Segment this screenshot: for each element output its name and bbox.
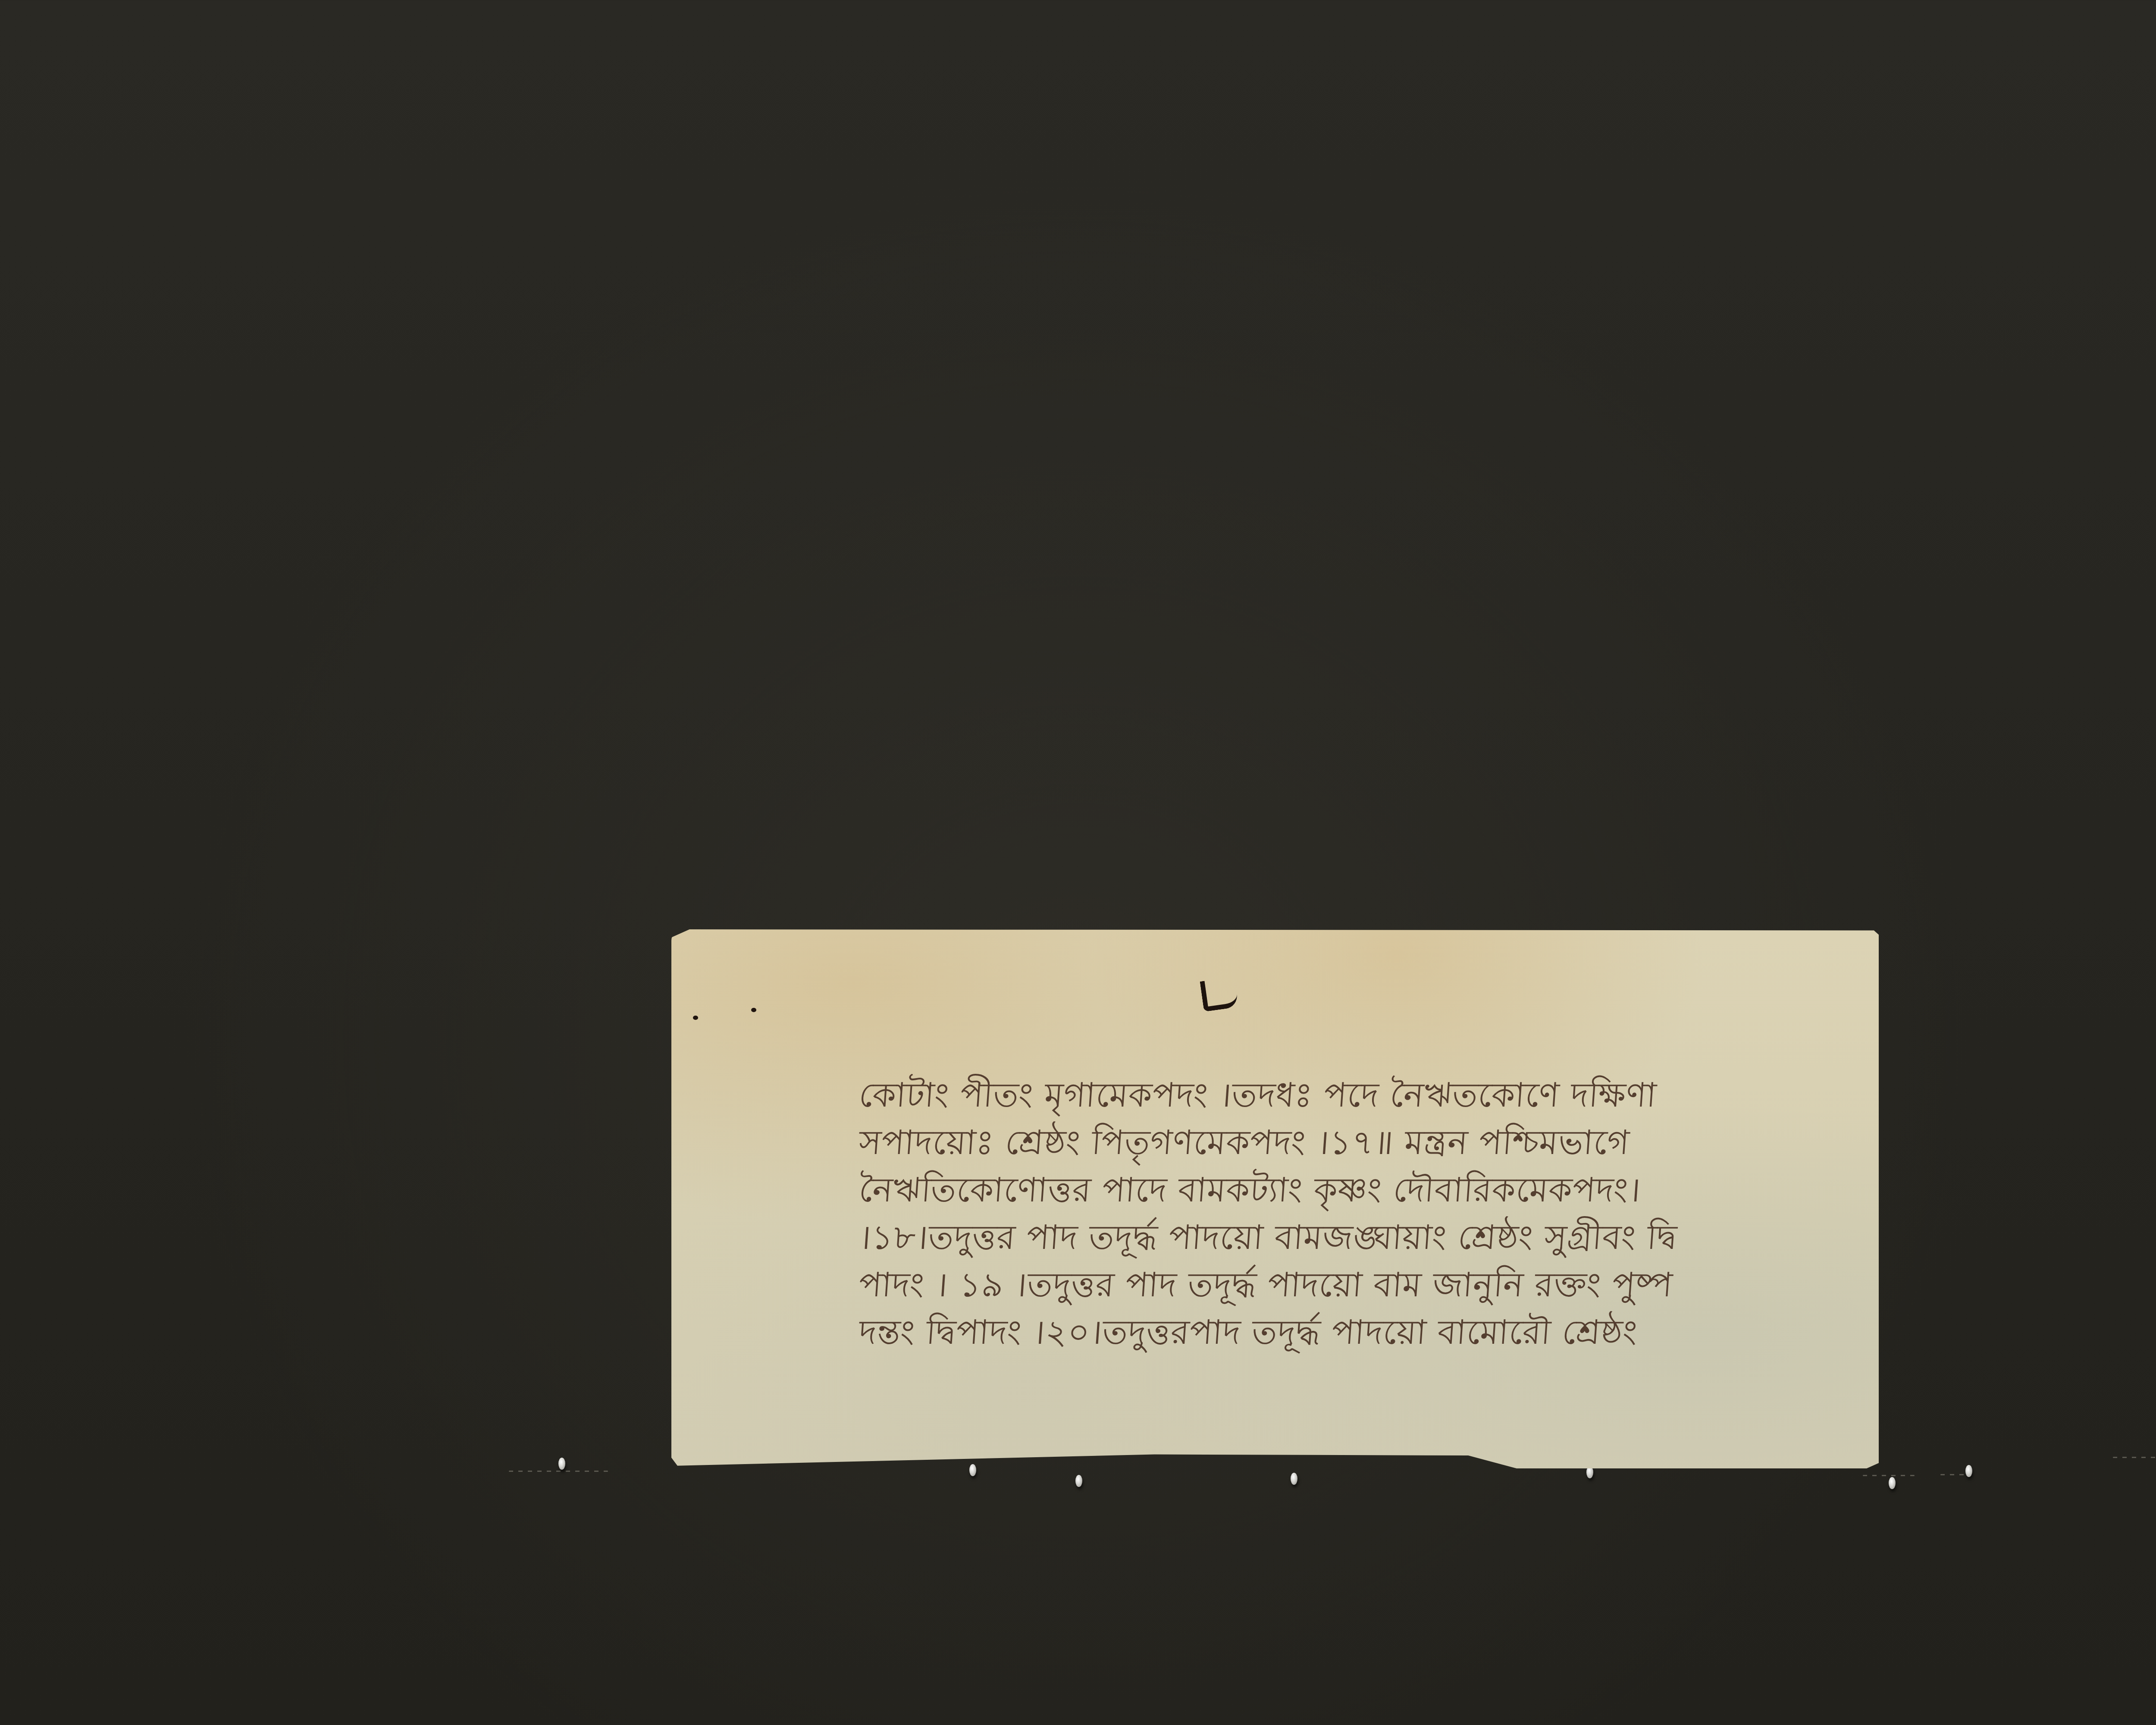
mounting-pin xyxy=(1889,1477,1896,1489)
mounting-pin xyxy=(1965,1465,1972,1477)
manuscript-line: পাদং । ১৯ ।তদুত্তর পাদ তদূৰ্দ্ধ পাদয়ো ব… xyxy=(857,1261,1745,1309)
board-scratch-right-2 xyxy=(1940,1474,1966,1475)
mounting-pin xyxy=(969,1464,976,1476)
mounting-pin xyxy=(558,1458,565,1470)
board-scratch-right-1 xyxy=(1863,1475,1915,1476)
manuscript-line: কোটাং পীতং মৃগামেকপদং ।তদধঃ পদে নৈঋতকোণে… xyxy=(857,1072,1745,1119)
board-scratch-left xyxy=(509,1471,608,1472)
manuscript-line: সপাদয়োঃ শ্রেষ্ঠং পিতৃগণমেকপদং ।১৭॥ মন্ত… xyxy=(857,1119,1745,1167)
ink-dot xyxy=(751,1008,756,1012)
manuscript-line: নৈঋতিকোণোত্তর পাদে বামকট্যাং কৃষ্ণং দৌবা… xyxy=(857,1167,1745,1214)
ink-dot xyxy=(693,1016,698,1020)
manuscript-line: দন্তং দ্বিপাদং ।২০।তদুত্তরপাদ তদূৰ্দ্ধ প… xyxy=(857,1309,1745,1356)
manuscript-line: ।১৮।তদুত্তর পাদ তদূৰ্দ্ধ পাদয়ো বামজঙ্ঘা… xyxy=(857,1214,1745,1261)
folio-mark xyxy=(1200,977,1238,1012)
manuscript-leaf: কোটাং পীতং মৃগামেকপদং ।তদধঃ পদে নৈঋতকোণে… xyxy=(671,929,1879,1468)
mounting-pin xyxy=(1075,1475,1082,1487)
board-scratch-right-3 xyxy=(2113,1457,2156,1458)
mounting-pin xyxy=(1291,1473,1297,1485)
manuscript-text: কোটাং পীতং মৃগামেকপদং ।তদধঃ পদে নৈঋতকোণে… xyxy=(859,1072,1743,1356)
